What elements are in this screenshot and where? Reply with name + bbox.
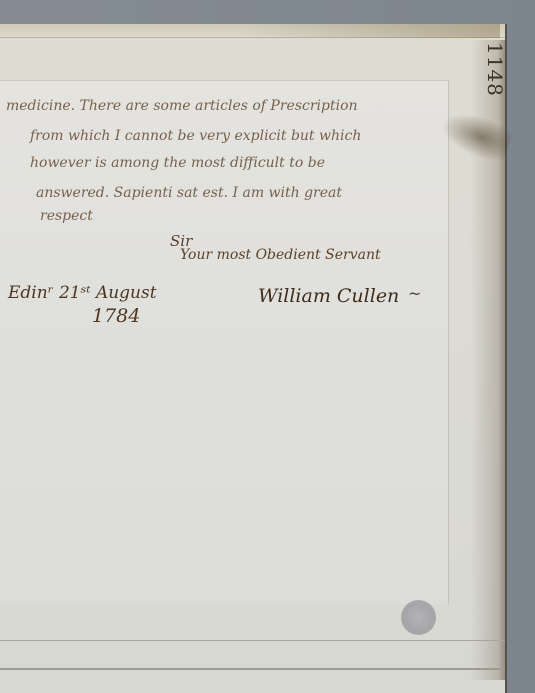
letter-line-1: medicine. There are some articles of Pre… (6, 98, 358, 114)
letter-line-5: respect (40, 208, 93, 224)
fold-line-lower (0, 640, 505, 641)
fold-line-bottom (0, 668, 505, 670)
place-date: Edinʳ 21ˢᵗ August (8, 283, 157, 303)
letter-line-2: from which I cannot be very explicit but… (30, 128, 361, 144)
letter-line-4: answered. Sapienti sat est. I am with gr… (36, 185, 342, 201)
folio-number-container: 1148 (485, 42, 509, 102)
library-stamp-icon (401, 600, 436, 635)
signature-flourish: ~ (408, 284, 421, 303)
letter-year: 1784 (92, 305, 140, 327)
closing-phrase: Your most Obedient Servant (180, 247, 381, 263)
signature: William Cullen (258, 285, 399, 307)
folio-number: 1148 (483, 42, 507, 97)
letter-line-3: however is among the most difficult to b… (30, 155, 325, 171)
scorch-mark-top (240, 24, 500, 38)
